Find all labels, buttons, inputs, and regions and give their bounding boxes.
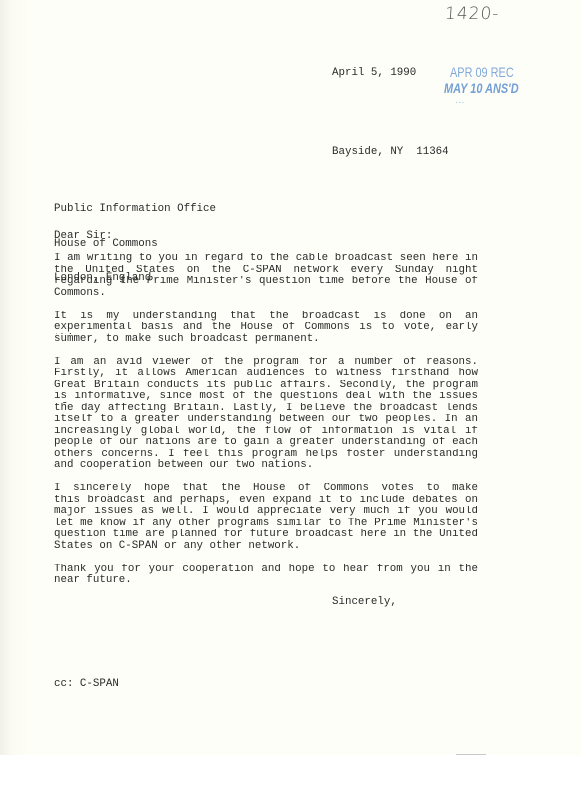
body-line: this broadcast and perhaps, even expand … [54, 495, 478, 507]
body-line: the day affecting Britain. Lastly, I bel… [54, 403, 478, 415]
body-line: and cooperation between our two nations. [54, 460, 478, 472]
body-line: Great Britain conducts its public affair… [54, 380, 478, 392]
body-line: question time are planned for future bro… [54, 529, 478, 541]
paragraph: I am an avid viewer of the program for a… [54, 357, 478, 472]
stamp-dots: ... [456, 98, 465, 105]
received-stamp: APR 09 REC [450, 64, 514, 80]
sender-location: Bayside, NY 11364 [332, 147, 449, 159]
answered-stamp: MAY 10 ANS'D [444, 80, 519, 96]
letter-body: I am writing to you in regard to the cab… [54, 253, 478, 598]
body-line: experimental basis and the House of Comm… [54, 322, 478, 334]
body-line: regarding the Prime Minister's question … [54, 276, 478, 288]
body-line: is informative, since most of the questi… [54, 391, 478, 403]
body-line: the United States on the C-SPAN network … [54, 265, 478, 277]
body-line: Firstly, it allows American audiences to… [54, 368, 478, 380]
body-line: increasingly global world, the flow of i… [54, 426, 478, 438]
body-line: It is my understanding that the broadcas… [54, 311, 478, 323]
body-line: let me know if any other programs simila… [54, 518, 478, 530]
body-line: major issues as well. I would appreciate… [54, 506, 478, 518]
paragraph: I am writing to you in regard to the cab… [54, 253, 478, 299]
letter-page: 1420- April 5, 1990 APR 09 REC MAY 10 AN… [0, 0, 581, 755]
page-edge-mark [456, 754, 486, 755]
body-line: itself to a greater understanding betwee… [54, 414, 478, 426]
body-line: States on C-SPAN or any other network. [54, 541, 478, 553]
body-line: I am writing to you in regard to the cab… [54, 253, 478, 265]
body-line: I sincerely hope that the House of Commo… [54, 483, 478, 495]
body-line: Commons. [54, 288, 478, 300]
letter-date: April 5, 1990 [332, 68, 416, 80]
recipient-line: Public Information Office [54, 204, 216, 216]
body-line: near future. [54, 575, 478, 587]
handwritten-file-number: 1420- [444, 4, 500, 24]
body-line: people of our nations are to gain a grea… [54, 437, 478, 449]
cc-line: cc: C-SPAN [54, 679, 119, 691]
paragraph: I sincerely hope that the House of Commo… [54, 483, 478, 552]
paragraph: Thank you for your cooperation and hope … [54, 564, 478, 587]
body-line: I am an avid viewer of the program for a… [54, 357, 478, 369]
paragraph: It is my understanding that the broadcas… [54, 311, 478, 346]
salutation: Dear Sir: [54, 231, 112, 243]
closing: Sincerely, [332, 597, 397, 609]
body-line: summer, to make such broadcast permanent… [54, 334, 478, 346]
